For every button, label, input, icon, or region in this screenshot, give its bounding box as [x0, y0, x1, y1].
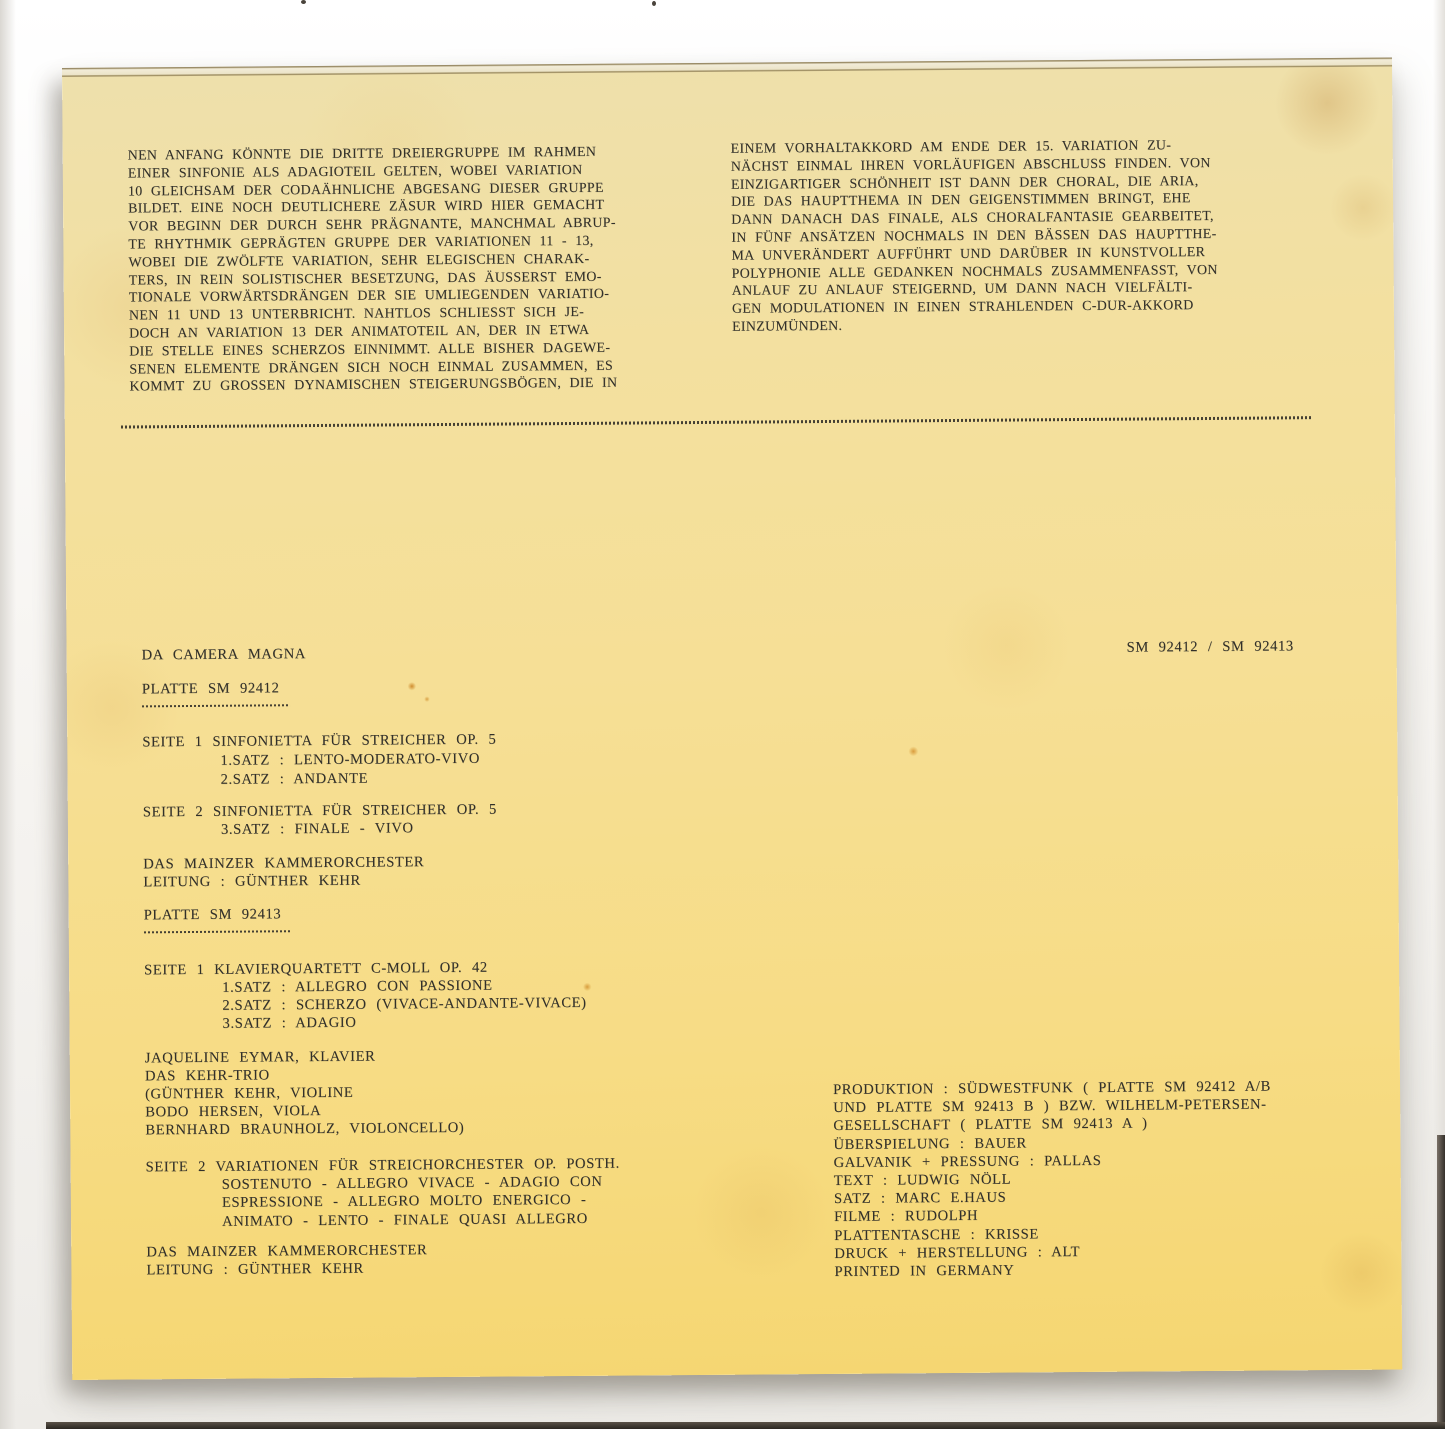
photo-background: NEN ANFANG KÖNNTE DIE DRITTE DREIERGRUPP…: [0, 0, 1445, 1429]
plate-1-performers: DAS MAINZER KAMMERORCHESTER LEITUNG : GÜ…: [143, 853, 424, 891]
dust-speck: [301, 0, 306, 4]
dust-speck: [652, 1, 656, 6]
liner-notes-right-column: EINEM VORHALTAKKORD AM ENDE DER 15. VARI…: [731, 137, 1219, 337]
plate-2-rule: [144, 930, 292, 933]
record-sleeve-back: NEN ANFANG KÖNNTE DIE DRITTE DREIERGRUPP…: [62, 58, 1402, 1380]
plate-1-rule: [142, 704, 290, 707]
plate-1-title: PLATTE SM 92412: [142, 679, 280, 698]
plate-1-side-1-heading: SEITE 1 SINFONIETTA FÜR STREICHER OP. 5: [142, 731, 496, 752]
photo-edge-bottom: [46, 1422, 1445, 1429]
plate-1-side-1-movements: 1.SATZ : LENTO-MODERATO-VIVO 2.SATZ : AN…: [220, 750, 480, 790]
plate-2-side-2-movements: SOSTENUTO - ALLEGRO VIVACE - ADAGIO CON …: [222, 1173, 603, 1231]
liner-notes-left-column: NEN ANFANG KÖNNTE DIE DRITTE DREIERGRUPP…: [128, 144, 618, 397]
plate-2-side-1-heading: SEITE 1 KLAVIERQUARTETT C-MOLL OP. 42: [144, 959, 488, 980]
plate-1-side-2-movements: 3.SATZ : FINALE - VIVO: [221, 819, 414, 839]
plate-2-performers: DAS MAINZER KAMMERORCHESTER LEITUNG : GÜ…: [146, 1241, 427, 1279]
sleeve-top-flap-edge: [62, 58, 1392, 77]
photo-edge-right: [1437, 1135, 1445, 1429]
notes-separator-rule: [121, 416, 1313, 428]
production-credits: PRODUKTION : SÜDWESTFUNK ( PLATTE SM 924…: [833, 1078, 1272, 1282]
plate-1-side-2-heading: SEITE 2 SINFONIETTA FÜR STREICHER OP. 5: [143, 801, 497, 822]
catalog-numbers: SM 92412 / SM 92413: [1127, 637, 1294, 656]
plate-2-side-1-movements: 1.SATZ : ALLEGRO CON PASSIONE 2.SATZ : S…: [222, 977, 587, 1033]
plate-2-title: PLATTE SM 92413: [144, 905, 282, 924]
label-name: DA CAMERA MAGNA: [142, 645, 306, 664]
plate-2-side-1-performers: JAQUELINE EYMAR, KLAVIER DAS KEHR-TRIO (…: [145, 1048, 465, 1140]
